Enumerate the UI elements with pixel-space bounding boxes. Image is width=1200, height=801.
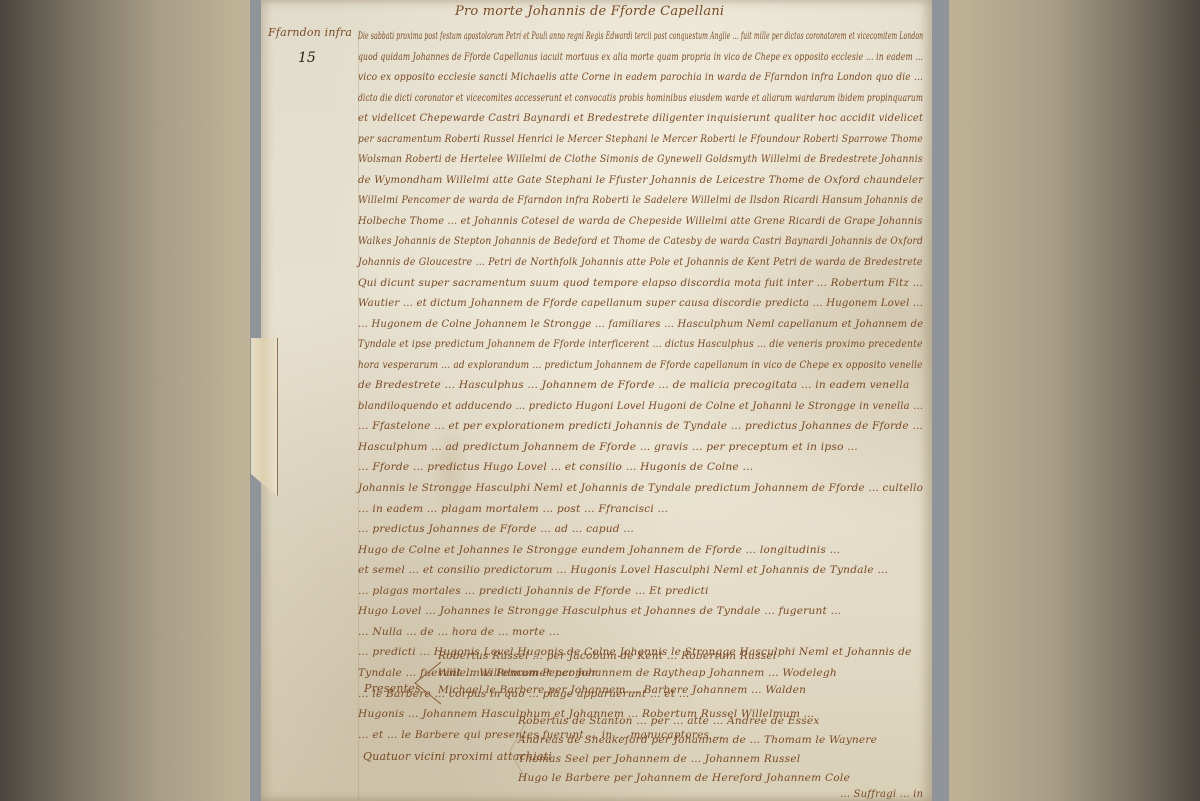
manuscript-line: Johannis le Strongge Hasculphi Neml et J… bbox=[358, 478, 912, 499]
neighbours-list: Robertus de Stanton … per … atte … Andre… bbox=[518, 712, 877, 788]
manuscript-line: … Ffastelone … et per explorationem pred… bbox=[358, 416, 921, 437]
folio-number: 15 bbox=[298, 50, 316, 66]
manuscript-line: Willelmi Pencomer de warda de Ffarndon i… bbox=[358, 190, 858, 211]
manuscript-line: blandiloquendo et adducendo … predicto H… bbox=[358, 396, 887, 417]
manuscript-line: dicto die dicti coronator et vicecomites… bbox=[358, 88, 758, 109]
neighbour-entry: Andreas de Sheakeford per Johannem de … … bbox=[518, 731, 877, 750]
tail-fragment: … Suffragi … in bbox=[840, 789, 923, 800]
manuscript-line: … Fforde … predictus Hugo Lovel … et con… bbox=[358, 457, 923, 478]
manuscript-line: Hasculphum … ad predictum Johannem de Ff… bbox=[358, 437, 923, 458]
neighbour-entry: Thomas Seel per Johannem de … Johannem R… bbox=[518, 750, 877, 769]
manuscript-line: Wautier … et dictum Johannem de Fforde c… bbox=[358, 293, 896, 314]
manuscript-line: … Hugonem de Colne Johannem le Strongge … bbox=[358, 314, 890, 335]
manuscript-line: Holbeche Thome … et Johannis Cotesel de … bbox=[358, 211, 877, 232]
parchment-fold bbox=[251, 338, 278, 496]
manuscript-line: … plagas mortales … predicti Johannis de… bbox=[358, 581, 923, 602]
manuscript-line: Johannis de Gloucestre … Petri de Northf… bbox=[358, 252, 860, 273]
manuscript-line: Wolsman Roberti de Hertelee Willelmi de … bbox=[358, 149, 857, 170]
manuscript-line: Tyndale et ipse predictum Johannem de Ff… bbox=[358, 334, 848, 355]
manuscript-line: et semel … et consilio predictorum … Hug… bbox=[358, 560, 923, 581]
manuscript-line: hora vesperarum … ad explorandum … predi… bbox=[358, 355, 835, 376]
manuscript-line: de Wymondham Willelmi atte Gate Stephani… bbox=[358, 170, 896, 191]
presentes-list: Robertus Russel … per Jacobum de Kent … … bbox=[438, 648, 837, 699]
manuscript-line: Die sabbati proxima post festum apostolo… bbox=[358, 26, 683, 47]
neighbour-entry: Hugo le Barbere per Johannem de Hereford… bbox=[518, 769, 877, 788]
manuscript-line: … predictus Johannes de Fforde … ad … ca… bbox=[358, 519, 923, 540]
manuscript-line: vico ex opposito ecclesie sancti Michael… bbox=[358, 67, 842, 88]
manuscript-line: … in eadem … plagam mortalem … post … Ff… bbox=[358, 499, 923, 520]
margin-note: Ffarndon infra bbox=[268, 26, 352, 39]
presentes-entry: Willelmus Pencomer per Johannem de Rayth… bbox=[438, 665, 837, 682]
manuscript-line: quod quidam Johannes de Fforde Capellanu… bbox=[358, 47, 765, 68]
presentes-entry: Robertus Russel … per Jacobum de Kent … … bbox=[438, 648, 837, 665]
manuscript-body: Die sabbati proxima post festum apostolo… bbox=[358, 26, 923, 745]
manuscript-line: Hugo Lovel … Johannes le Strongge Hascul… bbox=[358, 601, 923, 622]
manuscript-line: Qui dicunt super sacramentum suum quod t… bbox=[358, 273, 910, 294]
manuscript-line: et videlicet Chepewarde Castri Baynardi … bbox=[358, 108, 888, 129]
manuscript-line: Walkes Johannis de Stepton Johannis de B… bbox=[358, 231, 846, 252]
manuscript-line: per sacramentum Roberti Russel Henrici l… bbox=[358, 129, 841, 150]
neighbour-entry: Robertus de Stanton … per … atte … Andre… bbox=[518, 712, 877, 731]
manuscript-line: … Nulla … de … hora de … morte … bbox=[358, 622, 923, 643]
presentes-entry: Michael le Barbere per Johannem … Barber… bbox=[438, 682, 837, 699]
manuscript-line: Hugo de Colne et Johannes le Strongge eu… bbox=[358, 540, 923, 561]
manuscript-line: de Bredestrete … Hasculphus … Johannem d… bbox=[358, 375, 923, 396]
manuscript-heading: Pro morte Johannis de Fforde Capellani bbox=[455, 4, 724, 19]
